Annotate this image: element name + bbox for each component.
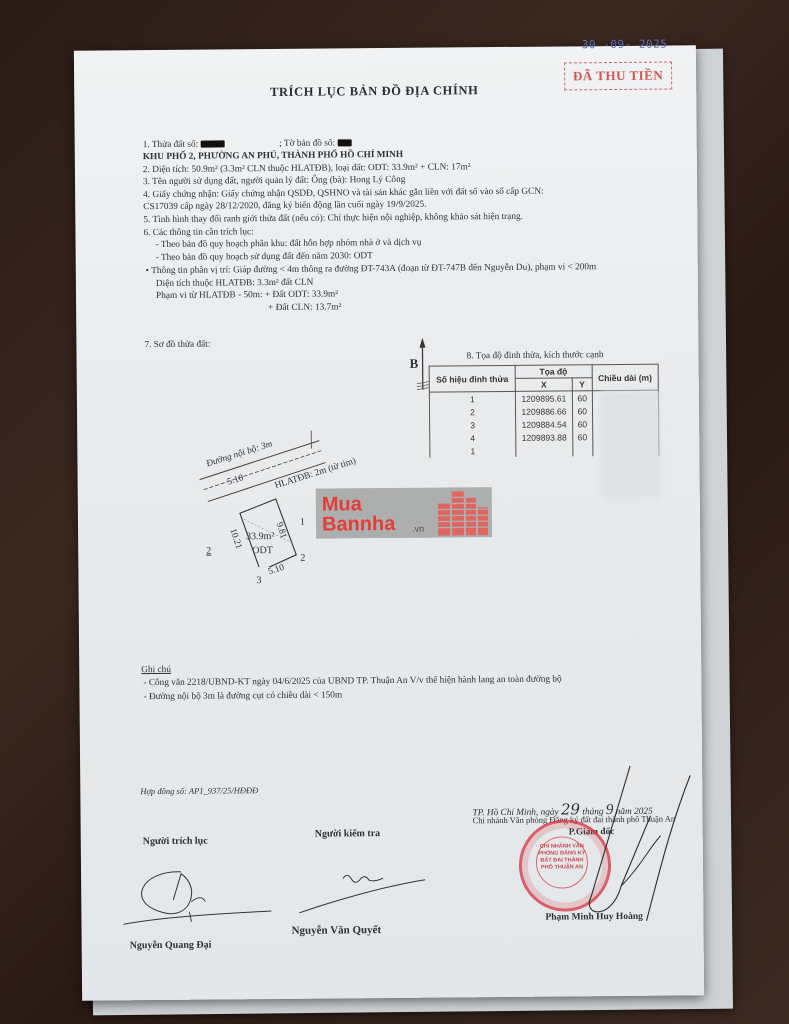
address-line: KHU PHỐ 2, PHƯỜNG AN PHÚ, THÀNH PHỐ HỒ C… — [143, 150, 403, 164]
watermark-banner: Mua Bannha .vn — [316, 487, 492, 539]
parcel-sketch-heading: 7. Sơ đồ thửa đất: — [144, 340, 210, 352]
range-odt-line: Phạm vi từ HLATĐB - 50m: + Đất ODT: 33.9… — [156, 289, 338, 302]
contract-number: Hợp đồng số: AP1_937/25/HĐĐĐ — [140, 785, 258, 797]
boundary-change-line: 5. Tình hình thay đổi ranh giới thửa đất… — [143, 212, 523, 227]
vertex-2-label: 2 — [300, 553, 305, 566]
vertex-1-label: 1 — [300, 517, 305, 530]
y-header: Y — [572, 378, 592, 391]
note-item-2: - Đường nội bộ 3m là đường cụt có chiều … — [143, 690, 342, 703]
cell-y: 60 — [572, 391, 592, 405]
checker-name: Nguyễn Văn Quyết — [292, 924, 382, 939]
document-sheet: 30 -09- 2025 ĐÃ THU TIỀN TRÍCH LỤC BẢN Đ… — [74, 45, 704, 1000]
notes-heading: Ghi chú — [141, 665, 171, 677]
coordinate-header: Tọa độ — [515, 365, 592, 379]
received-date-stamp: 30 -09- 2025 — [582, 38, 668, 52]
cell-y: 60 — [572, 404, 592, 417]
land-use-label: ODT — [252, 545, 273, 558]
extractor-title: Người trích lục — [143, 836, 208, 849]
cell-x: 1209893.88 — [516, 430, 573, 443]
checker-title: Người kiểm tra — [315, 828, 381, 841]
extractor-signature — [121, 861, 282, 932]
north-label: B — [410, 356, 419, 372]
neighbor-parcel-label: 2 — [206, 546, 211, 559]
redacted-parcel-number — [200, 141, 224, 148]
land-use-plan-line: - Theo bản đồ quy hoạch sử dụng đất đến … — [156, 251, 373, 265]
length-header: Chiều dài (m) — [592, 364, 659, 391]
document-title: TRÍCH LỤC BẢN ĐỒ ĐỊA CHÍNH — [74, 81, 674, 101]
buildings-logo-icon — [438, 489, 488, 535]
watermark-suffix: .vn — [412, 524, 424, 534]
cell-x: 1209886.66 — [515, 404, 572, 417]
extractor-name: Nguyễn Quang Đại — [130, 940, 212, 953]
owner-line: 3. Tên người sử dụng đất, người quản lý … — [143, 175, 405, 189]
area-line: 2. Diện tích: 50.9m² (3.3m² CLN thuộc HL… — [143, 162, 471, 176]
road-safety-area-line: Diện tích thuộc HLATĐB: 3.3m² đất CLN — [156, 278, 314, 291]
cell-x — [516, 443, 573, 456]
watermark-line1: Mua — [322, 494, 362, 514]
redacted-map-sheet — [337, 140, 351, 147]
area-label: 33.9m² — [246, 531, 274, 544]
director-signature — [560, 745, 702, 926]
checker-signature — [295, 866, 435, 917]
cell-y: 60 — [573, 417, 593, 430]
cell-x: 1209895.61 — [515, 391, 572, 405]
note-item-1: - Công văn 2218/UBND-KT ngày 04/6/2025 c… — [143, 674, 561, 689]
extract-info-heading: 6. Các thông tin cần trích lục: — [143, 227, 253, 240]
cell-vertex: 1 — [429, 391, 515, 405]
range-cln-line: + Đất CLN: 13.7m² — [268, 302, 341, 314]
vertex-3-label: 3 — [256, 575, 261, 588]
watermark-line2: Bannha — [322, 514, 396, 535]
vertex-header: Số hiệu đỉnh thửa — [429, 365, 515, 392]
certificate-detail-line: CS17039 cấp ngày 28/12/2020, đăng ký biế… — [143, 200, 426, 214]
director-name: Phạm Minh Huy Hoàng — [545, 912, 643, 925]
map-sheet-label: ; Tờ bản đồ số: — [279, 138, 335, 148]
x-header: X — [515, 378, 572, 391]
cell-y: 60 — [573, 430, 593, 443]
cell-vertex: 2 — [429, 405, 515, 419]
zoning-plan-line: - Theo bản đồ quy hoạch phân khu: đất hỗ… — [156, 238, 422, 252]
location-info-line: • Thông tin phân vị trí: Giáp đường < 4m… — [146, 262, 597, 278]
cell-y — [573, 443, 593, 456]
parcel-number-label: 1. Thửa đất số: — [143, 140, 199, 150]
blurred-y-coordinates — [601, 391, 660, 500]
coordinates-title: 8. Tọa độ đỉnh thửa, kích thước cạnh — [467, 350, 604, 363]
cell-x: 1209884.54 — [516, 417, 573, 430]
